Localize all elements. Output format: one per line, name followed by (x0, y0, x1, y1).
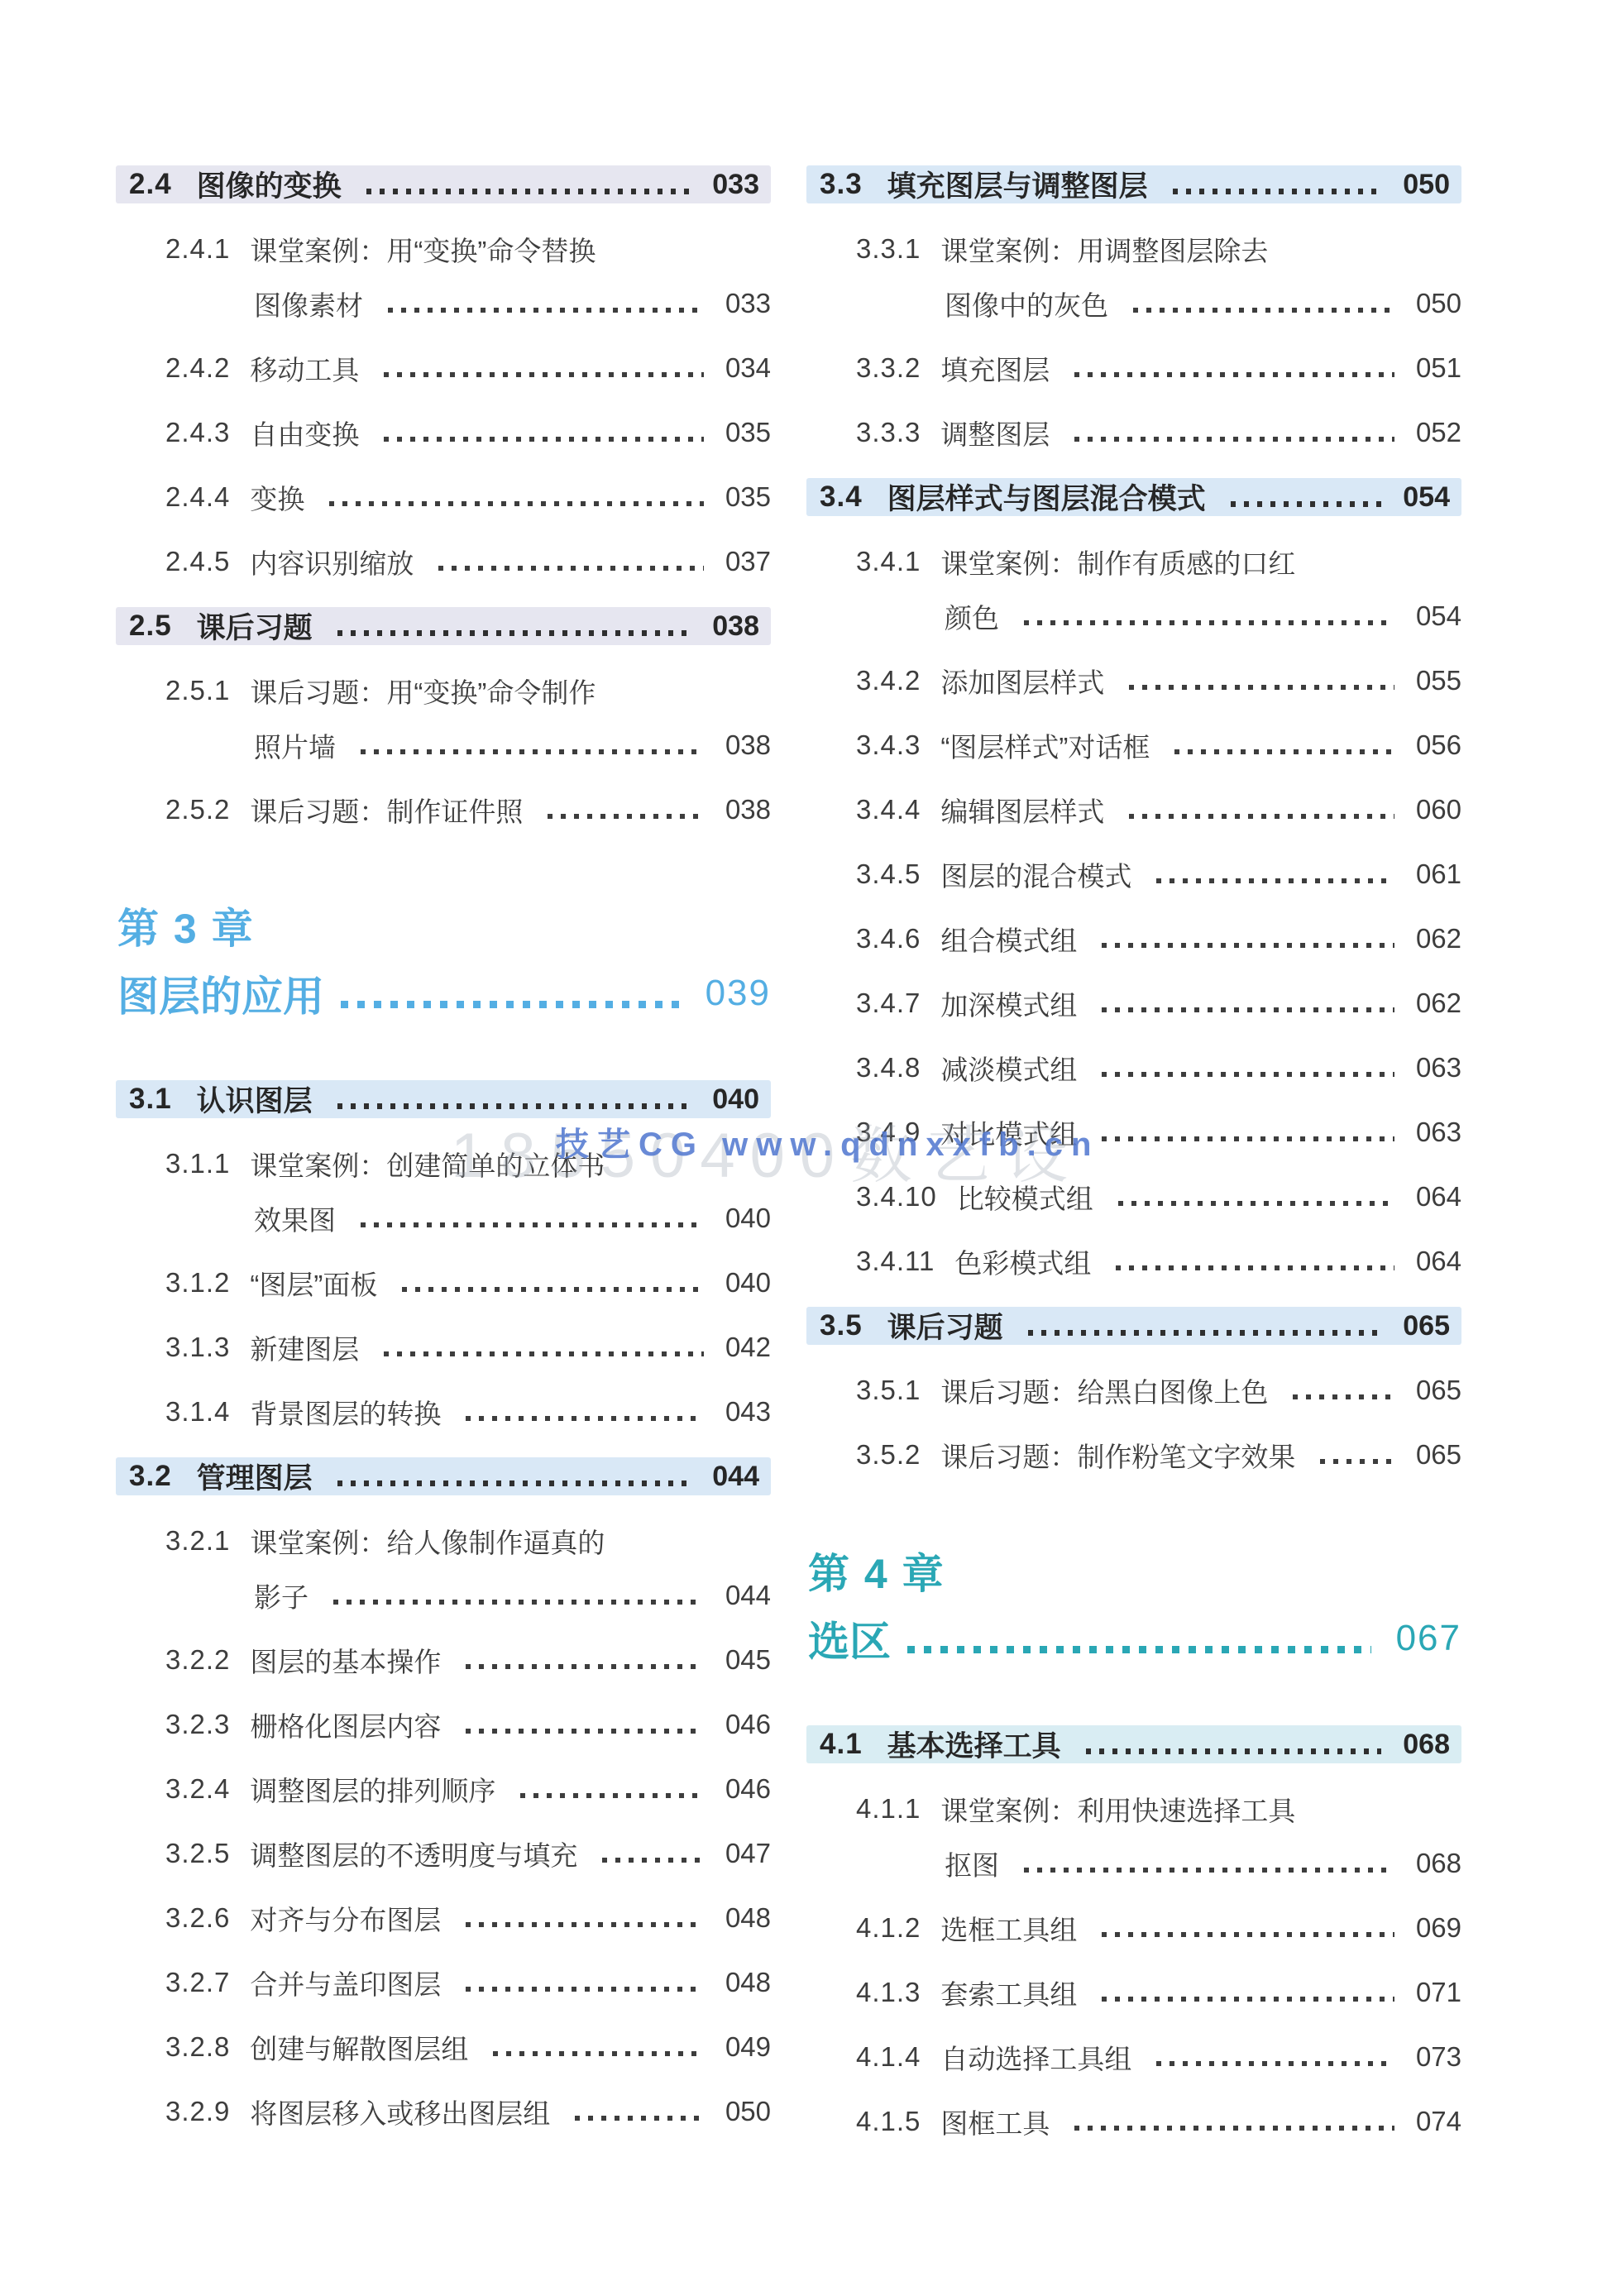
entry-dotted-leader (1074, 372, 1394, 377)
page-number: 055 (1416, 665, 1461, 696)
toc-entry-wrap-row: 照片墙038 (116, 726, 771, 764)
entry-title: 色彩模式组 (954, 1242, 1091, 1281)
section-dotted-leader (366, 189, 691, 194)
section-dotted-leader (1086, 1748, 1382, 1754)
toc-entry-row: 2.4.3自由变换035 (116, 414, 771, 452)
entry-dotted-leader (1129, 814, 1394, 819)
toc-entry-row: 3.4.9对比模式组063 (806, 1113, 1461, 1151)
entry-number: 3.2.2 (165, 1644, 230, 1676)
entry-dotted-leader (1102, 1072, 1394, 1077)
entry-number: 3.4.1 (856, 546, 921, 577)
section-dotted-leader (1028, 1330, 1382, 1336)
toc-page: 2.4图像的变换0332.4.1课堂案例：用“变换”命令替换图像素材0332.4… (0, 0, 1612, 2296)
toc-entry-row: 3.1.2“图层”面板040 (116, 1264, 771, 1302)
entry-title-continued: 影子 (254, 1576, 309, 1615)
entry-number: 3.1.1 (165, 1148, 230, 1179)
toc-entry-row: 2.4.2移动工具034 (116, 349, 771, 387)
entry-dotted-leader (1133, 308, 1394, 313)
page-number: 054 (1416, 600, 1461, 632)
entry-title: 自动选择工具组 (940, 2038, 1131, 2077)
entry-number: 2.4.1 (165, 233, 230, 265)
toc-entry-wrap-row: 效果图040 (116, 1199, 771, 1237)
entry-number: 3.2.7 (165, 1967, 230, 1998)
entry-title: 减淡模式组 (940, 1049, 1077, 1088)
toc-section-row: 3.2管理图层044 (116, 1457, 771, 1495)
section-title: 图层样式与图层混合模式 (887, 476, 1206, 518)
page-number: 040 (725, 1203, 771, 1234)
page-number: 047 (725, 1838, 771, 1869)
entry-number: 4.1.2 (856, 1912, 921, 1944)
entry-number: 2.4.5 (165, 546, 230, 577)
entry-dotted-leader (329, 501, 704, 506)
entry-dotted-leader (1074, 2126, 1394, 2131)
toc-column-left: 2.4图像的变换0332.4.1课堂案例：用“变换”命令替换图像素材0332.4… (116, 165, 771, 2157)
entry-number: 2.4.2 (165, 352, 230, 384)
entry-dotted-leader (466, 1987, 704, 1992)
page-number: 051 (1416, 352, 1461, 384)
page-number: 035 (725, 481, 771, 513)
entry-dotted-leader (466, 1922, 704, 1927)
page-number: 064 (1416, 1181, 1461, 1213)
page-number: 049 (725, 2031, 771, 2063)
entry-dotted-leader (384, 372, 704, 377)
toc-entry-row: 3.2.5调整图层的不透明度与填充047 (116, 1834, 771, 1873)
toc-section-row: 3.4图层样式与图层混合模式054 (806, 478, 1461, 516)
entry-dotted-leader (361, 1222, 704, 1227)
page-number: 071 (1416, 1977, 1461, 2008)
entry-dotted-leader (1293, 1394, 1394, 1399)
section-dotted-leader (337, 1103, 691, 1109)
entry-title-continued: 颜色 (945, 597, 999, 636)
page-number: 065 (1403, 1310, 1450, 1342)
entry-number: 3.4.6 (856, 923, 921, 954)
toc-column-right: 3.3填充图层与调整图层0503.3.1课堂案例：用调整图层除去图像中的灰色05… (806, 165, 1461, 2167)
entry-dotted-leader (361, 749, 704, 754)
entry-dotted-leader (548, 814, 704, 819)
entry-number: 3.3.3 (856, 417, 921, 448)
toc-entry-row: 3.2.9将图层移入或移出图层组050 (116, 2093, 771, 2131)
entry-title: 背景图层的转换 (250, 1393, 441, 1432)
page-number: 062 (1416, 923, 1461, 954)
entry-number: 3.2.9 (165, 2096, 230, 2127)
entry-dotted-leader (466, 1416, 704, 1421)
entry-title: 合并与盖印图层 (250, 1964, 441, 2002)
entry-dotted-leader (384, 437, 704, 442)
toc-entry-row: 2.5.2课后习题：制作证件照038 (116, 791, 771, 829)
entry-dotted-leader (466, 1664, 704, 1669)
entry-title-continued: 图像素材 (254, 285, 363, 323)
entry-number: 3.2.6 (165, 1902, 230, 1934)
section-number: 3.3 (820, 168, 863, 201)
entry-dotted-leader (520, 1793, 704, 1798)
page-number: 044 (712, 1461, 759, 1493)
chapter-number-line: 第 3 章 (117, 905, 771, 953)
section-dotted-leader (337, 1480, 691, 1486)
entry-number: 3.1.4 (165, 1396, 230, 1428)
entry-title: 移动工具 (250, 349, 359, 388)
toc-entry-row: 2.5.1课后习题：用“变换”命令制作 (116, 672, 771, 710)
entry-number: 3.4.4 (856, 794, 921, 825)
entry-number: 3.5.1 (856, 1375, 921, 1406)
toc-section-row: 3.3填充图层与调整图层050 (806, 165, 1461, 203)
section-title: 课后习题 (197, 605, 313, 647)
page-number: 050 (1416, 288, 1461, 319)
entry-title: 将图层移入或移出图层组 (250, 2093, 550, 2131)
section-title: 图像的变换 (197, 164, 342, 205)
entry-dotted-leader (1156, 878, 1394, 883)
page-number: 050 (725, 2096, 771, 2127)
toc-entry-row: 3.2.8创建与解散图层组049 (116, 2028, 771, 2066)
toc-entry-row: 2.4.4变换035 (116, 478, 771, 516)
entry-number: 3.2.5 (165, 1838, 230, 1869)
page-number: 062 (1416, 988, 1461, 1019)
toc-entry-row: 2.4.5内容识别缩放037 (116, 543, 771, 581)
toc-entry-row: 4.1.5图框工具074 (806, 2102, 1461, 2141)
entry-title-continued: 图像中的灰色 (945, 285, 1108, 323)
page-number: 042 (725, 1332, 771, 1363)
entry-title: 变换 (250, 478, 304, 517)
entry-dotted-leader (1102, 943, 1394, 948)
page-number: 033 (712, 169, 759, 201)
entry-title: 填充图层 (940, 349, 1050, 388)
entry-number: 3.4.7 (856, 988, 921, 1019)
entry-dotted-leader (438, 566, 704, 571)
page-number: 040 (712, 1083, 759, 1116)
entry-title: “图层”面板 (250, 1264, 377, 1303)
toc-entry-row: 3.2.4调整图层的排列顺序046 (116, 1770, 771, 1808)
section-dotted-leader (1173, 189, 1382, 194)
section-title: 课后习题 (887, 1305, 1003, 1347)
entry-title: 课后习题：给黑白图像上色 (940, 1371, 1268, 1410)
toc-section-row: 3.5课后习题065 (806, 1307, 1461, 1345)
page-number: 052 (1416, 417, 1461, 448)
toc-entry-row: 3.4.11色彩模式组064 (806, 1242, 1461, 1280)
toc-entry-row: 4.1.1课堂案例：利用快速选择工具 (806, 1790, 1461, 1828)
entry-title: 课后习题：制作证件照 (250, 791, 523, 830)
chapter-title: 选区 (808, 1609, 891, 1668)
entry-dotted-leader (1102, 1136, 1394, 1141)
entry-number: 3.1.3 (165, 1332, 230, 1363)
entry-number: 3.4.10 (856, 1181, 937, 1213)
chapter-title-row: 图层的应用039 (117, 969, 771, 1017)
entry-number: 3.2.1 (165, 1525, 230, 1557)
toc-entry-wrap-row: 颜色054 (806, 597, 1461, 635)
section-number: 2.4 (129, 168, 172, 201)
toc-entry-row: 3.2.6对齐与分布图层048 (116, 1899, 771, 1937)
entry-number: 3.4.5 (856, 859, 921, 890)
entry-title: 栅格化图层内容 (250, 1705, 441, 1744)
toc-entry-row: 3.4.2添加图层样式055 (806, 662, 1461, 700)
entry-title: 图层的基本操作 (250, 1641, 441, 1680)
entry-title: 课堂案例：制作有质感的口红 (940, 543, 1295, 581)
entry-dotted-leader (575, 2116, 704, 2121)
entry-title: 调整图层的排列顺序 (250, 1770, 495, 1809)
entry-title: 组合模式组 (940, 920, 1077, 959)
entry-title: 调整图层的不透明度与填充 (250, 1834, 577, 1873)
entry-number: 3.5.2 (856, 1439, 921, 1471)
entry-dotted-leader (388, 308, 704, 313)
entry-dotted-leader (1129, 685, 1394, 690)
page-number: 037 (725, 546, 771, 577)
section-dotted-leader (1231, 501, 1382, 507)
entry-title: 选框工具组 (940, 1909, 1077, 1948)
toc-entry-row: 4.1.4自动选择工具组073 (806, 2038, 1461, 2076)
entry-number: 2.5.2 (165, 794, 230, 825)
toc-entry-row: 3.3.1课堂案例：用调整图层除去 (806, 230, 1461, 268)
section-title: 基本选择工具 (887, 1724, 1061, 1765)
toc-entry-wrap-row: 影子044 (116, 1576, 771, 1614)
entry-title: 自由变换 (250, 414, 359, 452)
entry-title-continued: 效果图 (254, 1199, 336, 1238)
toc-entry-row: 3.4.8减淡模式组063 (806, 1049, 1461, 1087)
toc-entry-row: 3.1.1课堂案例：创建简单的立体书 (116, 1145, 771, 1183)
entry-title: 内容识别缩放 (250, 543, 414, 581)
page-number: 056 (1416, 729, 1461, 761)
chapter-dotted-leader (341, 1001, 681, 1008)
entry-number: 2.4.3 (165, 417, 230, 448)
entry-number: 3.2.4 (165, 1773, 230, 1805)
toc-section-row: 4.1基本选择工具068 (806, 1725, 1461, 1763)
toc-entry-row: 3.3.3调整图层052 (806, 414, 1461, 452)
entry-number: 4.1.3 (856, 1977, 921, 2008)
page-number: 063 (1416, 1117, 1461, 1148)
entry-title: 比较模式组 (957, 1178, 1093, 1217)
toc-entry-row: 3.2.2图层的基本操作045 (116, 1641, 771, 1679)
entry-title: 课堂案例：创建简单的立体书 (250, 1145, 605, 1184)
chapter-title: 图层的应用 (117, 964, 324, 1023)
entry-number: 2.5.1 (165, 675, 230, 706)
page-number: 038 (725, 729, 771, 761)
page-number: 061 (1416, 859, 1461, 890)
entry-dotted-leader (1074, 437, 1394, 442)
toc-entry-row: 3.3.2填充图层051 (806, 349, 1461, 387)
entry-title: 课堂案例：利用快速选择工具 (940, 1790, 1295, 1829)
section-number: 3.5 (820, 1309, 863, 1342)
toc-entry-row: 3.4.5图层的混合模式061 (806, 855, 1461, 893)
chapter-heading: 第 4 章选区067 (808, 1550, 1461, 1662)
page-number: 048 (725, 1967, 771, 1998)
chapter-number-line: 第 4 章 (808, 1550, 1461, 1598)
toc-entry-row: 3.2.1课堂案例：给人像制作逼真的 (116, 1522, 771, 1560)
toc-entry-row: 3.4.10比较模式组064 (806, 1178, 1461, 1216)
entry-title: 对比模式组 (940, 1113, 1077, 1152)
entry-dotted-leader (466, 1729, 704, 1734)
entry-dotted-leader (602, 1858, 704, 1863)
entry-dotted-leader (1102, 1932, 1394, 1937)
section-title: 填充图层与调整图层 (887, 164, 1148, 205)
page-number: 054 (1403, 481, 1450, 514)
page-number: 038 (712, 610, 759, 643)
page-number: 038 (725, 794, 771, 825)
toc-entry-row: 3.5.1课后习题：给黑白图像上色065 (806, 1371, 1461, 1409)
entry-title: 添加图层样式 (940, 662, 1104, 701)
page-number: 046 (725, 1709, 771, 1740)
entry-number: 3.1.2 (165, 1267, 230, 1299)
section-number: 3.4 (820, 481, 863, 514)
chapter-heading: 第 3 章图层的应用039 (117, 905, 771, 1017)
section-dotted-leader (337, 630, 691, 636)
toc-entry-row: 2.4.1课堂案例：用“变换”命令替换 (116, 230, 771, 268)
toc-entry-row: 3.5.2课后习题：制作粉笔文字效果065 (806, 1436, 1461, 1474)
toc-entry-wrap-row: 抠图068 (806, 1844, 1461, 1882)
page-number: 050 (1403, 169, 1450, 201)
entry-dotted-leader (333, 1600, 704, 1605)
entry-title: 编辑图层样式 (940, 791, 1104, 830)
toc-entry-wrap-row: 图像素材033 (116, 285, 771, 323)
toc-entry-row: 3.4.7加深模式组062 (806, 984, 1461, 1022)
chapter-title-row: 选区067 (808, 1614, 1461, 1662)
section-number: 3.2 (129, 1460, 172, 1493)
entry-title: 课堂案例：给人像制作逼真的 (250, 1522, 605, 1561)
entry-number: 3.4.11 (856, 1246, 935, 1277)
page-number: 043 (725, 1396, 771, 1428)
page-number: 040 (725, 1267, 771, 1299)
entry-dotted-leader (1024, 1868, 1394, 1873)
entry-title: 课堂案例：用调整图层除去 (940, 230, 1268, 269)
page-number: 033 (725, 288, 771, 319)
entry-title: 课后习题：用“变换”命令制作 (250, 672, 596, 710)
entry-title: 对齐与分布图层 (250, 1899, 441, 1938)
toc-section-row: 3.1认识图层040 (116, 1080, 771, 1118)
chapter-dotted-leader (907, 1646, 1371, 1653)
entry-number: 3.3.2 (856, 352, 921, 384)
entry-title: “图层样式”对话框 (940, 726, 1150, 765)
page-number: 046 (725, 1773, 771, 1805)
entry-dotted-leader (1174, 749, 1394, 754)
chapter-page-number: 067 (1396, 1618, 1461, 1659)
page-number: 063 (1416, 1052, 1461, 1083)
entry-title: 新建图层 (250, 1328, 359, 1367)
toc-entry-wrap-row: 图像中的灰色050 (806, 285, 1461, 323)
entry-dotted-leader (1102, 1007, 1394, 1012)
page-number: 074 (1416, 2106, 1461, 2137)
page-number: 044 (725, 1580, 771, 1611)
entry-number: 4.1.5 (856, 2106, 921, 2137)
entry-title: 图框工具 (940, 2102, 1050, 2141)
page-number: 068 (1403, 1729, 1450, 1761)
toc-entry-row: 3.4.1课堂案例：制作有质感的口红 (806, 543, 1461, 581)
entry-title-continued: 照片墙 (254, 726, 336, 765)
entry-number: 3.3.1 (856, 233, 921, 265)
toc-section-row: 2.5课后习题038 (116, 607, 771, 645)
entry-dotted-leader (1118, 1201, 1394, 1206)
entry-title: 图层的混合模式 (940, 855, 1131, 894)
page-number: 069 (1416, 1912, 1461, 1944)
entry-dotted-leader (1102, 1997, 1394, 2002)
chapter-page-number: 039 (706, 973, 771, 1014)
page-number: 065 (1416, 1375, 1461, 1406)
entry-number: 3.4.8 (856, 1052, 921, 1083)
entry-title: 加深模式组 (940, 984, 1077, 1023)
section-number: 3.1 (129, 1083, 172, 1116)
entry-dotted-leader (1024, 620, 1394, 625)
page-number: 034 (725, 352, 771, 384)
entry-number: 4.1.4 (856, 2041, 921, 2073)
page-number: 048 (725, 1902, 771, 1934)
page-number: 064 (1416, 1246, 1461, 1277)
toc-entry-row: 3.2.7合并与盖印图层048 (116, 1964, 771, 2002)
page-number: 045 (725, 1644, 771, 1676)
entry-dotted-leader (1156, 2061, 1394, 2066)
entry-title: 创建与解散图层组 (250, 2028, 468, 2067)
entry-number: 3.2.8 (165, 2031, 230, 2063)
toc-entry-row: 3.1.3新建图层042 (116, 1328, 771, 1366)
toc-entry-row: 3.4.6组合模式组062 (806, 920, 1461, 958)
toc-entry-row: 3.4.4编辑图层样式060 (806, 791, 1461, 829)
entry-title: 课后习题：制作粉笔文字效果 (940, 1436, 1295, 1475)
entry-number: 3.4.9 (856, 1117, 921, 1148)
toc-entry-row: 3.4.3“图层样式”对话框056 (806, 726, 1461, 764)
toc-entry-row: 4.1.3套索工具组071 (806, 1973, 1461, 2011)
page-number: 035 (725, 417, 771, 448)
section-number: 4.1 (820, 1728, 863, 1761)
page-number: 073 (1416, 2041, 1461, 2073)
toc-section-row: 2.4图像的变换033 (116, 165, 771, 203)
entry-dotted-leader (402, 1287, 704, 1292)
entry-title: 调整图层 (940, 414, 1050, 452)
entry-title: 套索工具组 (940, 1973, 1077, 2012)
page-number: 065 (1416, 1439, 1461, 1471)
section-number: 2.5 (129, 610, 172, 643)
entry-dotted-leader (493, 2051, 704, 2056)
entry-title-continued: 抠图 (945, 1844, 999, 1883)
entry-dotted-leader (384, 1351, 704, 1356)
entry-number: 4.1.1 (856, 1793, 921, 1825)
entry-number: 2.4.4 (165, 481, 230, 513)
toc-entry-row: 3.2.3栅格化图层内容046 (116, 1705, 771, 1744)
page-number: 068 (1416, 1848, 1461, 1879)
entry-dotted-leader (1116, 1265, 1394, 1270)
entry-dotted-leader (1320, 1459, 1394, 1464)
entry-title: 课堂案例：用“变换”命令替换 (250, 230, 596, 269)
toc-entry-row: 3.1.4背景图层的转换043 (116, 1393, 771, 1431)
entry-number: 3.2.3 (165, 1709, 230, 1740)
toc-entry-row: 4.1.2选框工具组069 (806, 1909, 1461, 1947)
entry-number: 3.4.2 (856, 665, 921, 696)
section-title: 管理图层 (197, 1456, 313, 1497)
page-number: 060 (1416, 794, 1461, 825)
section-title: 认识图层 (197, 1079, 313, 1120)
entry-number: 3.4.3 (856, 729, 921, 761)
